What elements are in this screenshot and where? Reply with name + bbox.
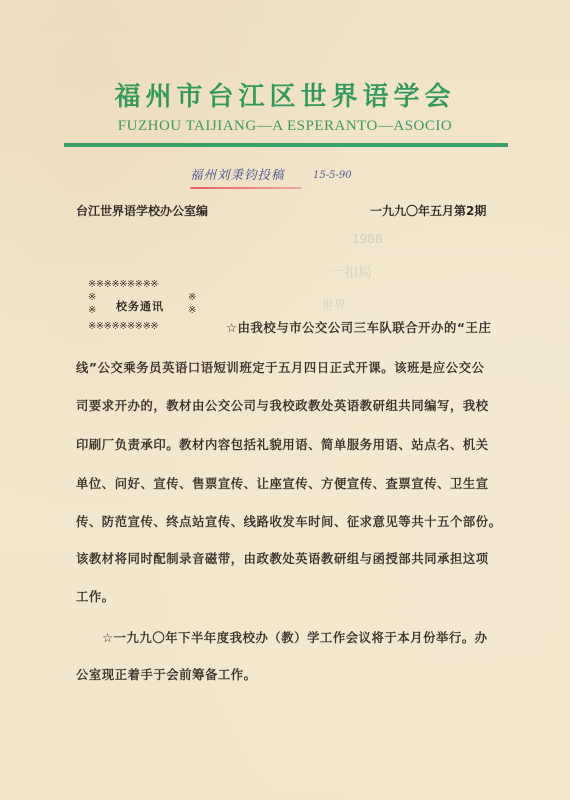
bleed-through-text: 1988 [352, 232, 383, 246]
bleed-through-text: 世界 [322, 296, 346, 313]
body-paragraph-line: 单位、问好、宣传、售票宣传、让座宣传、方便宣传、查票宣传、卫生宣 [76, 474, 489, 492]
decorative-border-top: ※※※※※※※※※ [88, 280, 158, 290]
body-paragraph-line: ☆一九九〇年下半年度我校办（教）学工作会议将于本月份举行。办 [102, 628, 488, 646]
bleed-through-text: 一扣局 [330, 262, 372, 282]
letterhead-title: 福州市台江区世界语学会 [0, 76, 570, 113]
body-paragraph-line: 该教材将同时配制录音磁带，由政教处英语教研组与函授部共同承担这项 [76, 549, 489, 567]
body-paragraph-line: 传、防范宣传、终点站宣传、线路收发车时间、征求意见等共十五个部份。 [76, 512, 502, 530]
body-paragraph-line: 线”公交乘务员英语口语短训班定于五月四日正式开课。该班是应公交公 [76, 358, 485, 376]
body-paragraph-line: 公室现正着手于会前筹备工作。 [76, 665, 257, 683]
border-glyph: ※ [88, 291, 96, 304]
handwritten-underline [190, 187, 302, 189]
letterhead-rule [64, 143, 508, 147]
letterhead-subtitle: FUZHOU TAIJIANG—A ESPERANTO—ASOCIO [0, 118, 570, 135]
section-header-box: ※※※※※※※※※ ※ ※ 校务通讯 ※ ※ ※※※※※※※※※ [88, 280, 198, 334]
border-glyph: ※ [188, 291, 196, 304]
body-paragraph-line: 印刷厂负责承印。教材内容包括礼貌用语、简单服务用语、站点名、机关 [76, 435, 489, 453]
decorative-border-right: ※ ※ [188, 291, 196, 317]
handwritten-date: 15-5-90 [313, 170, 352, 181]
issue-date: 一九九〇年五月第2期 [370, 202, 486, 219]
document-page: 福州市台江区世界语学会 FUZHOU TAIJIANG—A ESPERANTO—… [0, 0, 570, 800]
body-paragraph-line: 工作。 [76, 587, 115, 605]
decorative-border-left: ※ ※ [88, 291, 96, 317]
body-paragraph-line: ☆由我校与市公交公司三车队联合开办的“王庄 [226, 318, 491, 336]
handwritten-note: 福州刘秉钧投稿 [190, 165, 285, 183]
border-glyph: ※ [188, 304, 196, 317]
border-glyph: ※ [88, 304, 96, 317]
issuer-label: 台江世界语学校办公室编 [76, 202, 208, 219]
body-paragraph-line: 司要求开办的，教材由公交公司与我校政教处英语教研组共同编写，我校 [76, 396, 489, 414]
decorative-border-bottom: ※※※※※※※※※ [88, 322, 158, 332]
section-title: 校务通讯 [116, 298, 164, 314]
